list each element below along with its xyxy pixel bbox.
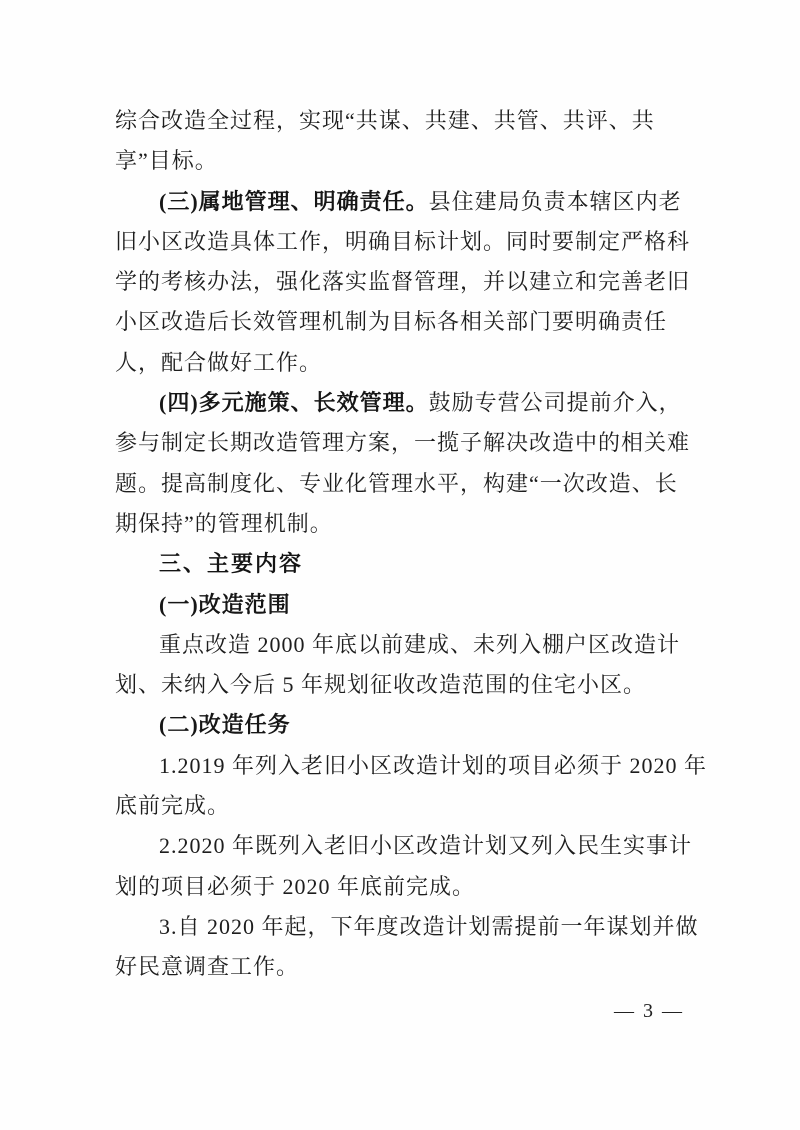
body-text: 人，配合做好工作。 [115, 350, 322, 375]
section-heading: (四)多元施策、长效管理。 [159, 390, 429, 415]
body-text: 2.2020 年既列入老旧小区改造计划又列入民生实事计 [159, 833, 692, 858]
section-heading: (三)属地管理、明确责任。 [159, 189, 429, 214]
text-line: 综合改造全过程，实现“共谋、共建、共管、共评、共 [115, 101, 681, 141]
body-text: 享”目标。 [115, 148, 218, 173]
document-body: 综合改造全过程，实现“共谋、共建、共管、共评、共 享”目标。 (三)属地管理、明… [115, 101, 681, 988]
text-line: 参与制定长期改造管理方案，一揽子解决改造中的相关难 [115, 423, 681, 463]
text-line: 题。提高制度化、专业化管理水平，构建“一次改造、长 [115, 464, 681, 504]
text-line: (二)改造任务 [115, 705, 681, 745]
body-text: 题。提高制度化、专业化管理水平，构建“一次改造、长 [115, 471, 678, 496]
text-line: 人，配合做好工作。 [115, 343, 681, 383]
text-line: 划、未纳入今后 5 年规划征收改造范围的住宅小区。 [115, 665, 681, 705]
body-text: 参与制定长期改造管理方案，一揽子解决改造中的相关难 [115, 430, 690, 455]
text-line: (三)属地管理、明确责任。县住建局负责本辖区内老 [115, 182, 681, 222]
text-line: 2.2020 年既列入老旧小区改造计划又列入民生实事计 [115, 826, 681, 866]
body-text: 划的项目必须于 2020 年底前完成。 [115, 874, 475, 899]
text-line: 重点改造 2000 年底以前建成、未列入棚户区改造计 [115, 625, 681, 665]
body-text: 底前完成。 [115, 793, 230, 818]
body-text: 旧小区改造具体工作，明确目标计划。同时要制定严格科 [115, 229, 690, 254]
body-text: 学的考核办法，强化落实监督管理，并以建立和完善老旧 [115, 269, 690, 294]
text-line: 划的项目必须于 2020 年底前完成。 [115, 867, 681, 907]
body-text: 划、未纳入今后 5 年规划征收改造范围的住宅小区。 [115, 672, 646, 697]
body-text: 鼓励专营公司提前介入， [429, 390, 682, 415]
text-line: 小区改造后长效管理机制为目标各相关部门要明确责任 [115, 302, 681, 342]
body-text: 好民意调查工作。 [115, 954, 299, 979]
text-line: (一)改造范围 [115, 585, 681, 625]
text-line: 享”目标。 [115, 141, 681, 181]
text-line: 三、主要内容 [115, 544, 681, 584]
section-heading: (二)改造任务 [159, 712, 291, 737]
body-text: 重点改造 2000 年底以前建成、未列入棚户区改造计 [159, 632, 680, 657]
text-line: 1.2019 年列入老旧小区改造计划的项目必须于 2020 年 [115, 746, 681, 786]
body-text: 小区改造后长效管理机制为目标各相关部门要明确责任 [115, 309, 667, 334]
text-line: 期保持”的管理机制。 [115, 504, 681, 544]
chapter-heading: 三、主要内容 [159, 551, 303, 576]
page-number: — 3 — [614, 1000, 684, 1023]
body-text: 期保持”的管理机制。 [115, 511, 333, 536]
body-text: 3.自 2020 年起，下年度改造计划需提前一年谋划并做 [159, 914, 699, 939]
text-line: 好民意调查工作。 [115, 947, 681, 987]
text-line: 底前完成。 [115, 786, 681, 826]
text-line: 3.自 2020 年起，下年度改造计划需提前一年谋划并做 [115, 907, 681, 947]
body-text: 综合改造全过程，实现“共谋、共建、共管、共评、共 [115, 108, 655, 133]
body-text: 1.2019 年列入老旧小区改造计划的项目必须于 2020 年 [159, 753, 707, 778]
document-page: 综合改造全过程，实现“共谋、共建、共管、共评、共 享”目标。 (三)属地管理、明… [0, 0, 800, 1130]
text-line: (四)多元施策、长效管理。鼓励专营公司提前介入， [115, 383, 681, 423]
text-line: 旧小区改造具体工作，明确目标计划。同时要制定严格科 [115, 222, 681, 262]
section-heading: (一)改造范围 [159, 592, 291, 617]
body-text: 县住建局负责本辖区内老 [429, 189, 682, 214]
text-line: 学的考核办法，强化落实监督管理，并以建立和完善老旧 [115, 262, 681, 302]
